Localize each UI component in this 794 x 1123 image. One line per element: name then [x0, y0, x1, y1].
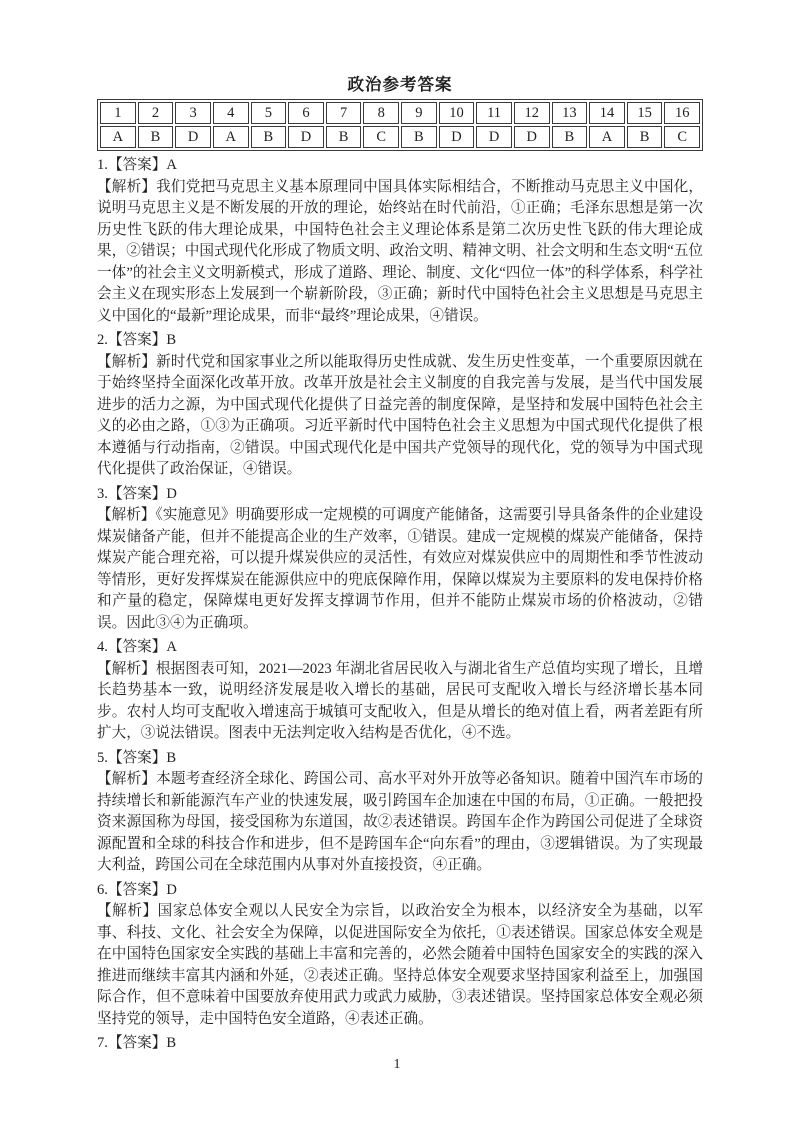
answer-line: 6.【答案】D [97, 880, 703, 902]
answer-table-question-number: 10 [439, 102, 475, 124]
answer-line: 2.【答案】B [97, 330, 703, 352]
answer-section-5: 5.【答案】B【解析】本题考查经济全球化、跨国公司、高水平对外开放等必备知识。随… [97, 748, 703, 877]
answer-table-answer-letter: D [288, 126, 324, 148]
sections-container: 1.【答案】A【解析】我们党把马克思主义基本原理同中国具体实际相结合，不断推动马… [97, 155, 703, 1055]
answer-section-3: 3.【答案】D【解析】《实施意见》明确要形成一定规模的可调度产能储备，这需要引导… [97, 484, 703, 635]
answer-table-question-number: 2 [138, 102, 174, 124]
answer-line: 4.【答案】A [97, 637, 703, 659]
analysis-paragraph: 【解析】《实施意见》明确要形成一定规模的可调度产能储备，这需要引导具备条件的企业… [97, 505, 703, 634]
answer-table-answer-letter: B [627, 126, 663, 148]
answer-table-question-number: 5 [251, 102, 287, 124]
answer-table-answer-letter: D [514, 126, 550, 148]
answer-table-question-number: 3 [175, 102, 211, 124]
answer-table: 12345678910111213141516 ABDABDBCBDDDBABC [97, 99, 703, 151]
answer-table-answer-letter: D [476, 126, 512, 148]
page-number: 1 [0, 1056, 794, 1074]
answer-table-question-number: 4 [213, 102, 249, 124]
page-title: 政治参考答案 [97, 74, 703, 96]
analysis-paragraph: 【解析】根据图表可知，2021—2023 年湖北省居民收入与湖北省生产总值均实现… [97, 659, 703, 745]
answer-table-question-number: 14 [589, 102, 625, 124]
answer-table-question-number: 11 [476, 102, 512, 124]
answer-table-answer-letter: D [439, 126, 475, 148]
analysis-paragraph: 【解析】本题考查经济全球化、跨国公司、高水平对外开放等必备知识。随着中国汽车市场… [97, 769, 703, 877]
answer-table-question-number: 12 [514, 102, 550, 124]
answer-table-answer-letter: A [213, 126, 249, 148]
answer-section-2: 2.【答案】B【解析】新时代党和国家事业之所以能取得历史性成就、发生历史性变革，… [97, 330, 703, 481]
answer-table-answer-letter: B [552, 126, 588, 148]
answer-line: 7.【答案】B [97, 1033, 703, 1055]
answer-table-answer-letter: A [100, 126, 136, 148]
answer-table-answer-letter: C [664, 126, 700, 148]
answer-table-number-row: 12345678910111213141516 [100, 102, 700, 124]
answer-section-4: 4.【答案】A【解析】根据图表可知，2021—2023 年湖北省居民收入与湖北省… [97, 637, 703, 745]
answer-table-question-number: 16 [664, 102, 700, 124]
answer-table-answer-row: ABDABDBCBDDDBABC [100, 126, 700, 148]
answer-table-answer-letter: B [401, 126, 437, 148]
answer-table-question-number: 13 [552, 102, 588, 124]
document-page: 政治参考答案 12345678910111213141516 ABDABDBCB… [97, 0, 703, 1055]
analysis-paragraph: 【解析】国家总体安全观以人民安全为宗旨，以政治安全为根本，以经济安全为基础，以军… [97, 901, 703, 1030]
answer-line: 1.【答案】A [97, 155, 703, 177]
answer-table-answer-letter: A [589, 126, 625, 148]
answer-table-answer-letter: B [251, 126, 287, 148]
answer-table-question-number: 6 [288, 102, 324, 124]
answer-table-question-number: 9 [401, 102, 437, 124]
answer-table-answer-letter: D [175, 126, 211, 148]
answer-section-6: 6.【答案】D【解析】国家总体安全观以人民安全为宗旨，以政治安全为根本，以经济安… [97, 880, 703, 1031]
answer-section-7: 7.【答案】B [97, 1033, 703, 1055]
answer-table-question-number: 1 [100, 102, 136, 124]
answer-line: 3.【答案】D [97, 484, 703, 506]
answer-table-question-number: 7 [326, 102, 362, 124]
analysis-paragraph: 【解析】新时代党和国家事业之所以能取得历史性成就、发生历史性变革，一个重要原因就… [97, 352, 703, 481]
analysis-paragraph: 【解析】我们党把马克思主义基本原理同中国具体实际相结合，不断推动马克思主义中国化… [97, 177, 703, 328]
answer-table-answer-letter: C [363, 126, 399, 148]
answer-table-answer-letter: B [326, 126, 362, 148]
answer-line: 5.【答案】B [97, 748, 703, 770]
answer-table-question-number: 15 [627, 102, 663, 124]
answer-table-question-number: 8 [363, 102, 399, 124]
answer-section-1: 1.【答案】A【解析】我们党把马克思主义基本原理同中国具体实际相结合，不断推动马… [97, 155, 703, 327]
answer-table-answer-letter: B [138, 126, 174, 148]
